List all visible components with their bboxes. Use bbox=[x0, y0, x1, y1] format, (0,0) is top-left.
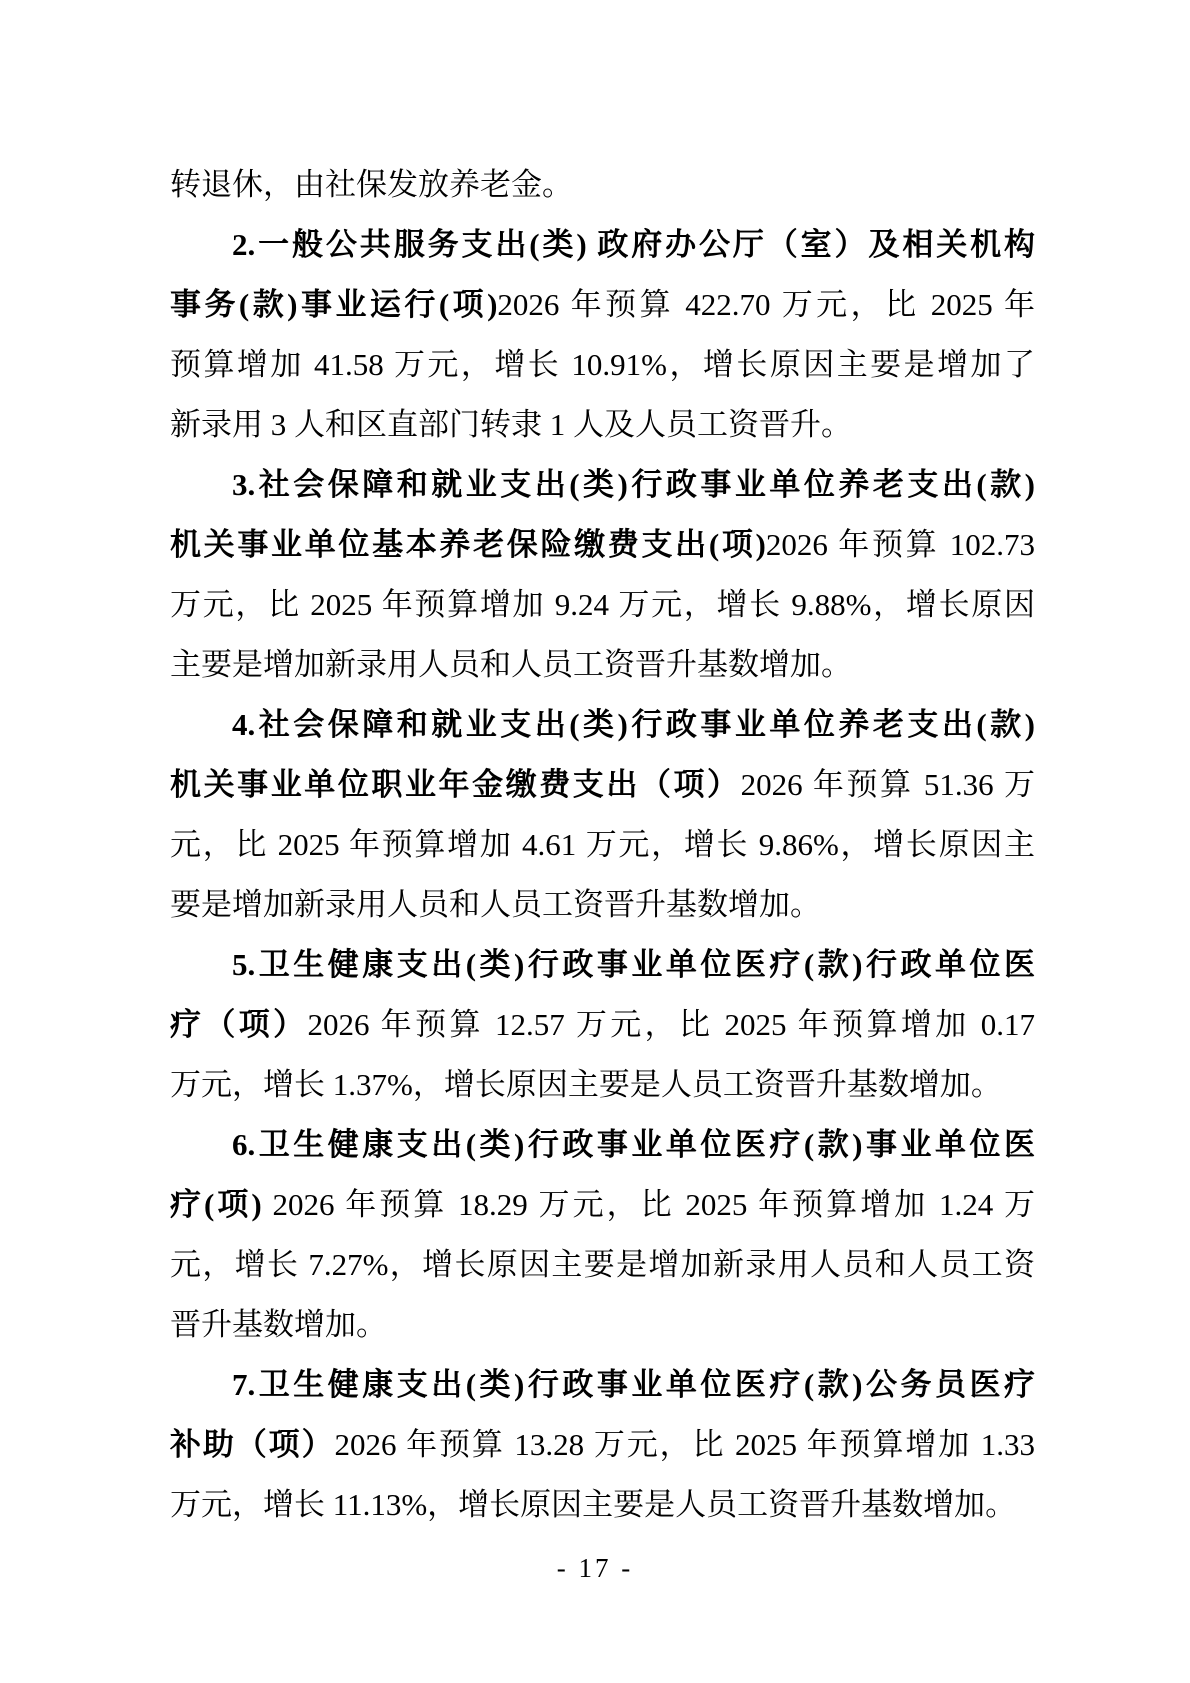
document-body: 转退休，由社保发放养老金。2.一般公共服务支出(类) 政府办公厅（室）及相关机构… bbox=[170, 155, 1035, 1535]
text-run: 万元，比 2025 年预算增加 9.24 万元，增长 9.88%，增长原因 bbox=[170, 587, 1035, 622]
text-run: 补助（项） bbox=[170, 1427, 334, 1462]
text-line: 疗（项）2026 年预算 12.57 万元，比 2025 年预算增加 0.17 bbox=[170, 995, 1035, 1055]
text-run: 万元，增长 11.13%，增长原因主要是人员工资晋升基数增加。 bbox=[170, 1487, 1016, 1522]
text-run: 5.卫生健康支出(类)行政事业单位医疗(款)行政单位医 bbox=[232, 947, 1035, 982]
text-line: 3.社会保障和就业支出(类)行政事业单位养老支出(款) bbox=[170, 455, 1035, 515]
text-line: 5.卫生健康支出(类)行政事业单位医疗(款)行政单位医 bbox=[170, 935, 1035, 995]
text-run: 机关事业单位职业年金缴费支出（项） bbox=[170, 767, 741, 802]
text-run: 2.一般公共服务支出(类) 政府办公厅（室）及相关机构 bbox=[232, 227, 1035, 262]
text-line: 万元，增长 11.13%，增长原因主要是人员工资晋升基数增加。 bbox=[170, 1475, 1035, 1535]
text-line: 事务(款)事业运行(项)2026 年预算 422.70 万元，比 2025 年 bbox=[170, 275, 1035, 335]
text-run: 事务(款)事业运行(项) bbox=[170, 287, 497, 322]
text-line: 补助（项）2026 年预算 13.28 万元，比 2025 年预算增加 1.33 bbox=[170, 1415, 1035, 1475]
text-run: 2026 年预算 13.28 万元，比 2025 年预算增加 1.33 bbox=[334, 1427, 1035, 1462]
text-line: 新录用 3 人和区直部门转隶 1 人及人员工资晋升。 bbox=[170, 395, 1035, 455]
text-run: 机关事业单位基本养老保险缴费支出(项) bbox=[170, 527, 766, 562]
text-line: 6.卫生健康支出(类)行政事业单位医疗(款)事业单位医 bbox=[170, 1115, 1035, 1175]
text-line: 元，比 2025 年预算增加 4.61 万元，增长 9.86%，增长原因主 bbox=[170, 815, 1035, 875]
text-run: 预算增加 41.58 万元，增长 10.91%，增长原因主要是增加了 bbox=[170, 347, 1035, 382]
text-run: 转退休，由社保发放养老金。 bbox=[170, 167, 573, 202]
page-number: - 17 - bbox=[0, 1548, 1190, 1588]
text-run: 要是增加新录用人员和人员工资晋升基数增加。 bbox=[170, 887, 821, 922]
text-run: 主要是增加新录用人员和人员工资晋升基数增加。 bbox=[170, 647, 852, 682]
text-line: 晋升基数增加。 bbox=[170, 1295, 1035, 1355]
text-run: 晋升基数增加。 bbox=[170, 1307, 387, 1342]
text-line: 机关事业单位职业年金缴费支出（项）2026 年预算 51.36 万 bbox=[170, 755, 1035, 815]
text-run: 元，增长 7.27%，增长原因主要是增加新录用人员和人员工资 bbox=[170, 1247, 1035, 1282]
text-line: 机关事业单位基本养老保险缴费支出(项)2026 年预算 102.73 bbox=[170, 515, 1035, 575]
text-line: 主要是增加新录用人员和人员工资晋升基数增加。 bbox=[170, 635, 1035, 695]
text-run: 新录用 3 人和区直部门转隶 1 人及人员工资晋升。 bbox=[170, 407, 852, 442]
text-line: 4.社会保障和就业支出(类)行政事业单位养老支出(款) bbox=[170, 695, 1035, 755]
text-run: 2026 年预算 51.36 万 bbox=[741, 767, 1035, 802]
text-line: 疗(项) 2026 年预算 18.29 万元，比 2025 年预算增加 1.24… bbox=[170, 1175, 1035, 1235]
text-run: 4.社会保障和就业支出(类)行政事业单位养老支出(款) bbox=[232, 707, 1035, 742]
text-line: 转退休，由社保发放养老金。 bbox=[170, 155, 1035, 215]
text-line: 万元，增长 1.37%，增长原因主要是人员工资晋升基数增加。 bbox=[170, 1055, 1035, 1115]
text-run: 2026 年预算 12.57 万元，比 2025 年预算增加 0.17 bbox=[308, 1007, 1035, 1042]
text-run: 2026 年预算 102.73 bbox=[766, 527, 1035, 562]
text-line: 万元，比 2025 年预算增加 9.24 万元，增长 9.88%，增长原因 bbox=[170, 575, 1035, 635]
text-run: 2026 年预算 18.29 万元，比 2025 年预算增加 1.24 万 bbox=[262, 1187, 1035, 1222]
text-line: 预算增加 41.58 万元，增长 10.91%，增长原因主要是增加了 bbox=[170, 335, 1035, 395]
text-run: 疗(项) bbox=[170, 1187, 262, 1222]
document-page: 转退休，由社保发放养老金。2.一般公共服务支出(类) 政府办公厅（室）及相关机构… bbox=[0, 0, 1190, 1683]
text-run: 元，比 2025 年预算增加 4.61 万元，增长 9.86%，增长原因主 bbox=[170, 827, 1035, 862]
text-line: 要是增加新录用人员和人员工资晋升基数增加。 bbox=[170, 875, 1035, 935]
text-run: 7.卫生健康支出(类)行政事业单位医疗(款)公务员医疗 bbox=[232, 1367, 1035, 1402]
text-line: 2.一般公共服务支出(类) 政府办公厅（室）及相关机构 bbox=[170, 215, 1035, 275]
text-run: 疗（项） bbox=[170, 1007, 308, 1042]
text-run: 6.卫生健康支出(类)行政事业单位医疗(款)事业单位医 bbox=[232, 1127, 1035, 1162]
text-run: 2026 年预算 422.70 万元，比 2025 年 bbox=[497, 287, 1035, 322]
text-run: 万元，增长 1.37%，增长原因主要是人员工资晋升基数增加。 bbox=[170, 1067, 1002, 1102]
text-run: 3.社会保障和就业支出(类)行政事业单位养老支出(款) bbox=[232, 467, 1035, 502]
text-line: 元，增长 7.27%，增长原因主要是增加新录用人员和人员工资 bbox=[170, 1235, 1035, 1295]
text-line: 7.卫生健康支出(类)行政事业单位医疗(款)公务员医疗 bbox=[170, 1355, 1035, 1415]
